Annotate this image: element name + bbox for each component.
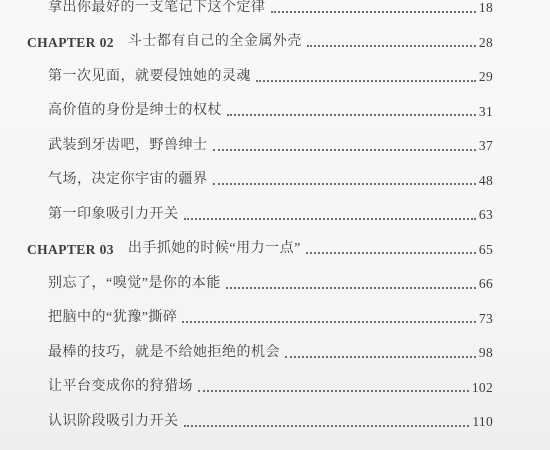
toc-entry: 武装到牙齿吧，野兽绅士 37 xyxy=(0,128,550,163)
dot-leader xyxy=(256,80,476,82)
page-number: 66 xyxy=(479,277,493,291)
toc-entry: 让平台变成你的狩猎场 102 xyxy=(0,370,550,405)
page-number: 31 xyxy=(479,105,493,119)
page-number: 73 xyxy=(479,312,493,326)
toc-entry-title: 第一印象吸引力开关 xyxy=(48,208,179,223)
toc-chapter-entry: CHAPTER 02 斗士都有自己的全金属外壳 28 xyxy=(0,25,550,60)
page-number: 65 xyxy=(479,243,493,257)
dot-leader xyxy=(227,114,476,116)
toc-entry-title: 认识阶段吸引力开关 xyxy=(48,415,179,430)
dot-leader xyxy=(184,218,476,220)
toc-entry: 第一次见面，就要侵蚀她的灵魂 29 xyxy=(0,59,550,94)
dot-leader xyxy=(184,425,470,427)
dot-leader xyxy=(307,45,476,47)
toc-entry-title: 斗士都有自己的全金属外壳 xyxy=(128,35,302,50)
toc-list: 拿出你最好的一支笔记下这个定律 18 CHAPTER 02 斗士都有自己的全金属… xyxy=(0,0,550,439)
dot-leader xyxy=(213,149,476,151)
chapter-number-label: CHAPTER 03 xyxy=(27,243,114,257)
toc-entry: 第一印象吸引力开关 63 xyxy=(0,197,550,232)
document-page: 拿出你最好的一支笔记下这个定律 18 CHAPTER 02 斗士都有自己的全金属… xyxy=(0,0,550,439)
page-number: 29 xyxy=(479,70,493,84)
toc-entry-title: 高价值的身份是绅士的权杖 xyxy=(48,104,222,119)
toc-chapter-entry: CHAPTER 03 出手抓她的时候“用力一点” 65 xyxy=(0,232,550,267)
dot-leader xyxy=(271,11,476,13)
toc-entry-title: 把脑中的“犹豫”撕碎 xyxy=(48,311,177,326)
dot-leader xyxy=(213,183,476,185)
toc-entry-title: 出手抓她的时候“用力一点” xyxy=(128,242,301,257)
toc-entry: 拿出你最好的一支笔记下这个定律 18 xyxy=(0,0,550,25)
toc-entry: 把脑中的“犹豫”撕碎 73 xyxy=(0,301,550,336)
toc-entry-title: 让平台变成你的狩猎场 xyxy=(48,380,193,395)
page-number: 48 xyxy=(479,174,493,188)
dot-leader xyxy=(182,321,475,323)
toc-entry: 认识阶段吸引力开关 110 xyxy=(0,404,550,439)
toc-entry: 别忘了，“嗅觉”是你的本能 66 xyxy=(0,266,550,301)
dot-leader xyxy=(285,356,476,358)
page-number: 28 xyxy=(479,36,493,50)
toc-entry: 高价值的身份是绅士的权杖 31 xyxy=(0,94,550,129)
page-number: 98 xyxy=(479,346,493,360)
toc-entry-title: 第一次见面，就要侵蚀她的灵魂 xyxy=(48,70,251,85)
toc-entry-title: 别忘了，“嗅觉”是你的本能 xyxy=(48,277,221,292)
toc-entry-title: 武装到牙齿吧，野兽绅士 xyxy=(48,139,208,154)
chapter-number-label: CHAPTER 02 xyxy=(27,36,114,50)
dot-leader xyxy=(198,390,469,392)
dot-leader xyxy=(306,252,476,254)
toc-entry-title: 气场，决定你宇宙的疆界 xyxy=(48,173,208,188)
toc-entry-title: 最棒的技巧，就是不给她拒绝的机会 xyxy=(48,346,280,361)
dot-leader xyxy=(226,287,476,289)
toc-entry-title: 拿出你最好的一支笔记下这个定律 xyxy=(48,1,266,16)
page-number: 37 xyxy=(479,139,493,153)
page-number: 18 xyxy=(479,1,493,15)
page-number: 102 xyxy=(472,381,493,395)
toc-entry: 气场，决定你宇宙的疆界 48 xyxy=(0,163,550,198)
toc-entry: 最棒的技巧，就是不给她拒绝的机会 98 xyxy=(0,335,550,370)
page-number: 110 xyxy=(472,415,493,429)
page-number: 63 xyxy=(479,208,493,222)
